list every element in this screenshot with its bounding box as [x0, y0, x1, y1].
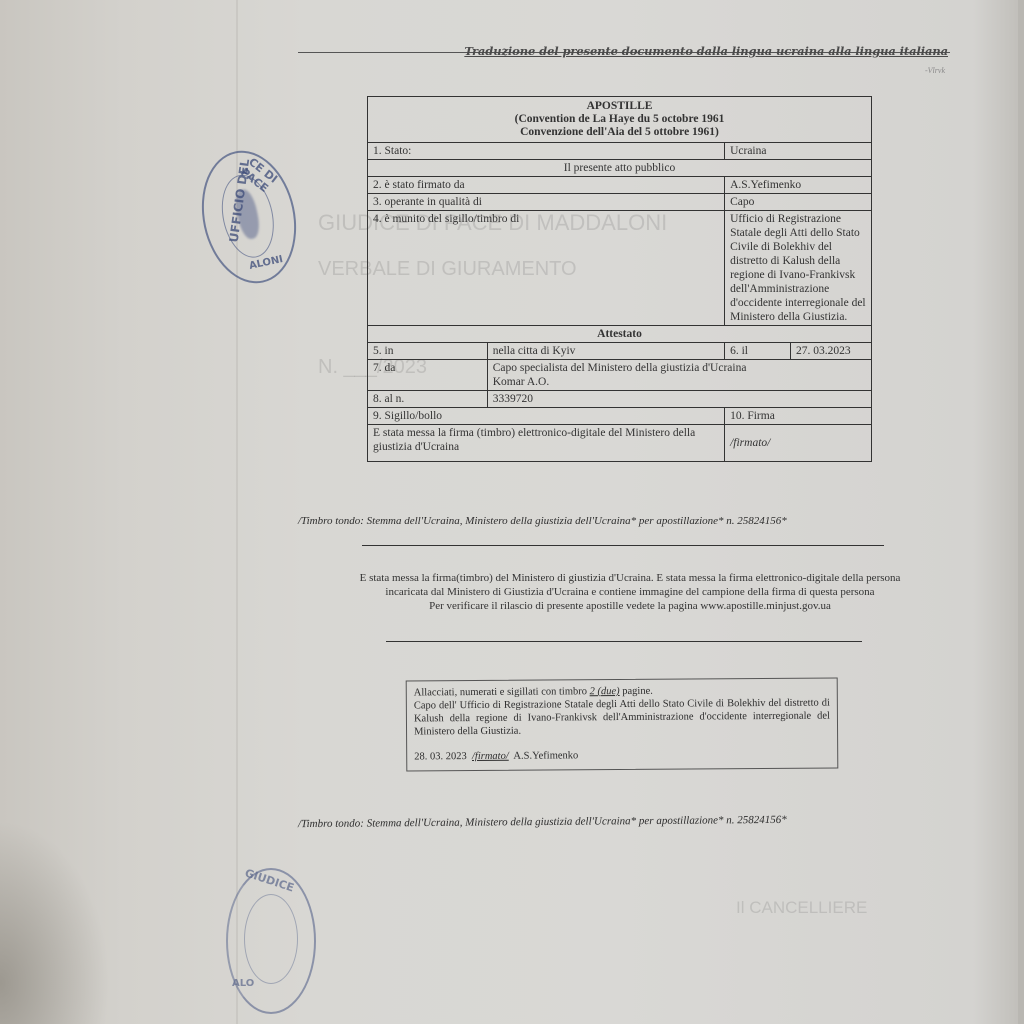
seal-inner-ring: [244, 894, 298, 984]
field-label-da: 7. da: [368, 360, 488, 391]
binding-signature-line: 28. 03. 2023 /firmato/ A.S.Yefimenko: [414, 748, 830, 764]
field-value-il: 27. 03.2023: [791, 343, 872, 360]
divider-rule: [386, 641, 862, 642]
stamp-note-1: /Timbro tondo: Stemma dell'Ucraina, Mini…: [298, 515, 787, 527]
court-seal-stamp: UFFICIO DEL CE DI PACE ALONI: [190, 142, 308, 292]
court-seal-stamp-partial: GIUDICE ALO: [226, 868, 316, 1014]
field-value-in: nella citta di Kyiv: [487, 343, 724, 360]
verification-paragraph: E stata messa la firma(timbro) del Minis…: [290, 571, 970, 613]
field-label-stato: 1. Stato:: [368, 143, 725, 160]
field-value-da: Capo specialista del Ministero della giu…: [487, 360, 871, 391]
seal-text: ALO: [232, 978, 254, 989]
field-label-il: 6. il: [725, 343, 791, 360]
field-label-bollo: 9. Sigillo/bollo: [368, 408, 725, 425]
binding-page-count: 2 (due): [590, 686, 620, 697]
binding-certification-box: Allacciati, numerati e sigillati con tim…: [406, 677, 839, 771]
da-value-line: Komar A.O.: [493, 375, 866, 389]
stamp-note-2: /Timbro tondo: Stemma dell'Ucraina, Mini…: [298, 814, 787, 830]
field-label-firma: 10. Firma: [725, 408, 872, 425]
header-scribble: -Vlrvk: [925, 66, 945, 75]
field-label-firmato: 2. è stato firmato da: [368, 177, 725, 194]
field-value-bollo: E stata messa la firma (timbro) elettron…: [368, 425, 725, 462]
verification-line: E stata messa la firma(timbro) del Minis…: [290, 571, 970, 585]
translation-header: Traduzione del presente documento dalla …: [464, 44, 948, 58]
divider-rule: [362, 545, 884, 546]
field-label-numero: 8. al n.: [368, 391, 488, 408]
field-value-sigillo: Ufficio di Registrazione Statale degli A…: [725, 211, 872, 326]
binding-date: 28. 03. 2023: [414, 751, 467, 762]
page-right-edge: [1018, 0, 1024, 1024]
field-label-qualita: 3. operante in qualità di: [368, 194, 725, 211]
apostille-title-line: (Convention de La Haye du 5 octobre 1961: [368, 113, 871, 126]
apostille-title-line: APOSTILLE: [368, 100, 871, 113]
verification-line: incaricata dal Ministero di Giustizia d'…: [290, 585, 970, 599]
binding-text: Allacciati, numerati e sigillati con tim…: [414, 686, 590, 698]
hand-shadow: [0, 820, 110, 1024]
field-value-stato: Ucraina: [725, 143, 872, 160]
field-value-firma: /firmato/: [725, 425, 872, 462]
da-value-line: Capo specialista del Ministero della giu…: [493, 361, 866, 375]
apostille-title-line: Convenzione dell'Aia del 5 ottobre 1961): [368, 126, 871, 139]
binding-body: Capo dell' Ufficio di Registrazione Stat…: [414, 697, 830, 739]
apostille-table: APOSTILLE (Convention de La Haye du 5 oc…: [367, 96, 872, 462]
show-through-line: Il CANCELLIERE: [736, 898, 867, 918]
section-atto-pubblico: Il presente atto pubblico: [368, 160, 872, 177]
binding-signer: A.S.Yefimenko: [513, 750, 578, 761]
apostille-title: APOSTILLE (Convention de La Haye du 5 oc…: [368, 97, 872, 143]
seal-text: GIUDICE: [243, 866, 295, 894]
binding-text: pagine.: [620, 686, 653, 697]
field-value-firmato: A.S.Yefimenko: [725, 177, 872, 194]
field-label-in: 5. in: [368, 343, 488, 360]
field-value-numero: 3339720: [487, 391, 871, 408]
field-value-qualita: Capo: [725, 194, 872, 211]
verification-line: Per verificare il rilascio di presente a…: [290, 599, 970, 613]
binding-signed: /firmato/: [472, 751, 509, 762]
field-label-sigillo: 4. è munito del sigillo/timbro di: [368, 211, 725, 326]
section-attestato: Attestato: [368, 326, 872, 343]
